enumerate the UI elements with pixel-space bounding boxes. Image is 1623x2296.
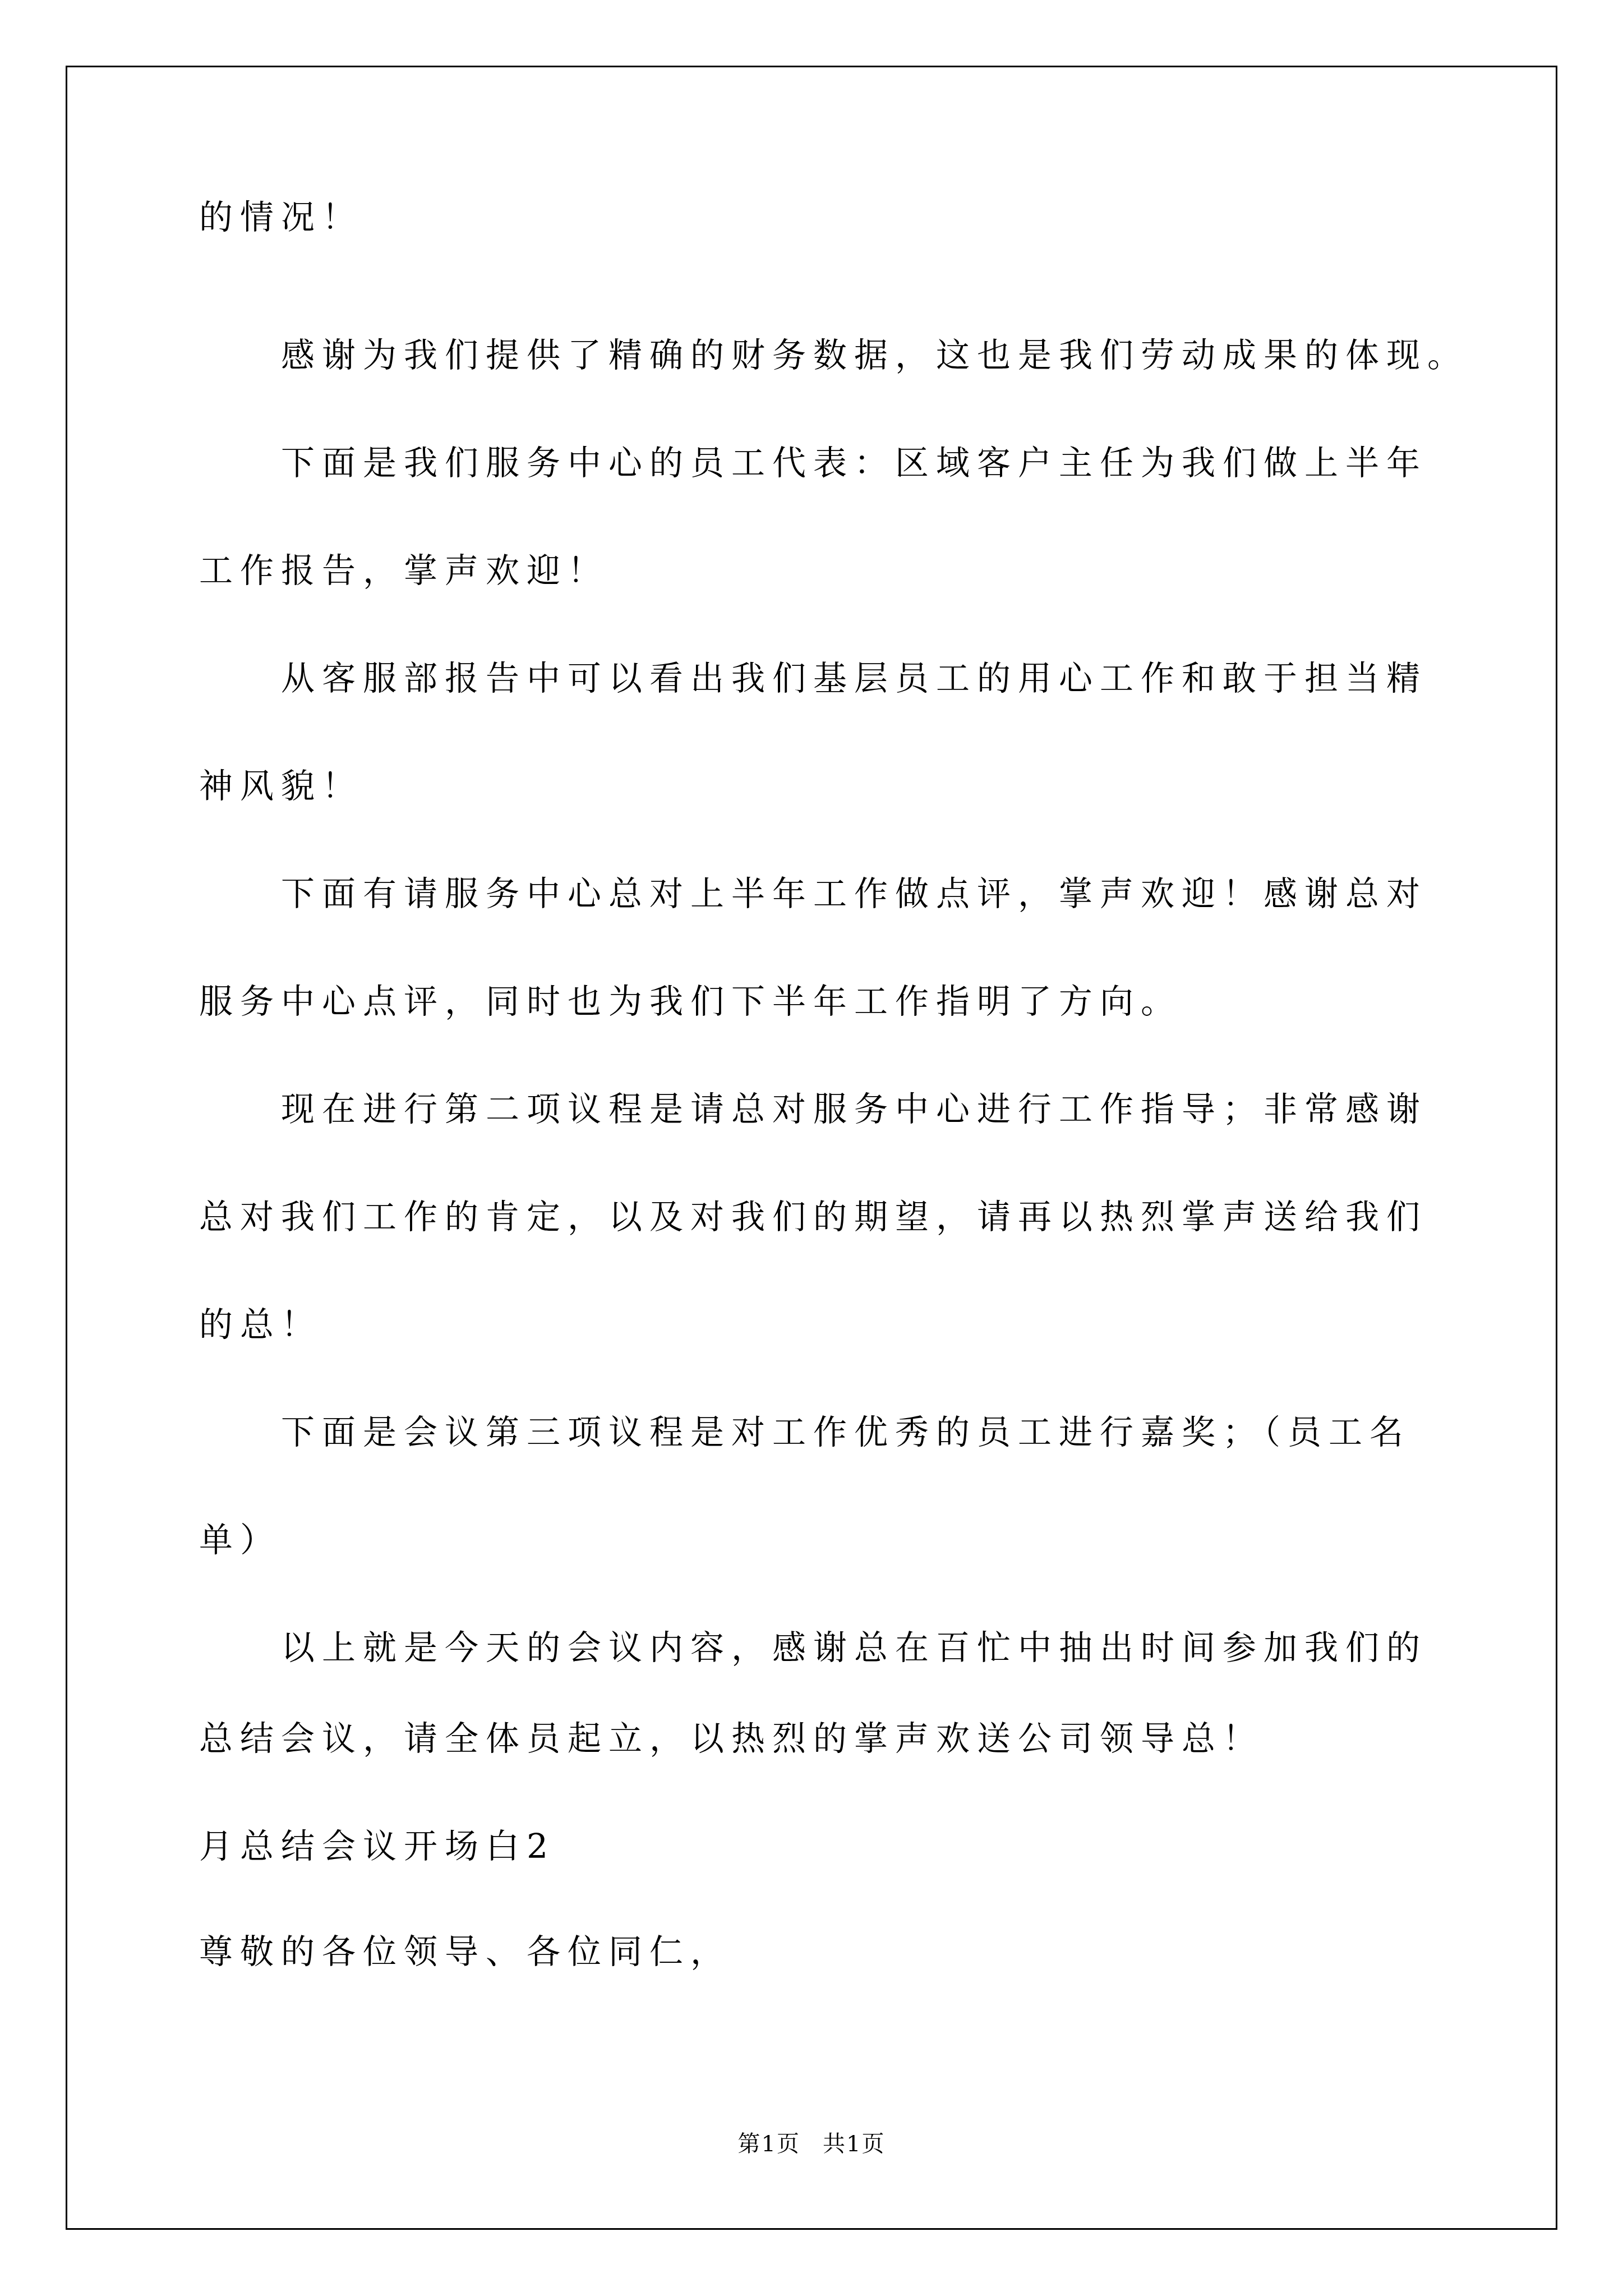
paragraph-line: 从客服部报告中可以看出我们基层员工的用心工作和敢于担当精 [281, 659, 1427, 699]
paragraph-line: 以上就是今天的会议内容，感谢总在百忙中抽出时间参加我们的 [281, 1628, 1427, 1668]
paragraph-line: 的情况！ [199, 197, 363, 238]
paragraph-line: 感谢为我们提供了精确的财务数据，这也是我们劳动成果的体现。 [281, 335, 1468, 376]
section-heading: 月总结会议开场白2 [199, 1826, 555, 1867]
paragraph-line: 的总！ [199, 1305, 322, 1345]
page-footer: 第1页共1页 [0, 2129, 1623, 2159]
salutation-line: 尊敬的各位领导、各位同仁， [199, 1932, 731, 1972]
total-pages-label: 共1页 [823, 2129, 885, 2159]
page-border [66, 66, 1557, 2230]
paragraph-line: 现在进行第二项议程是请总对服务中心进行工作指导；非常感谢 [281, 1089, 1427, 1130]
paragraph-line: 下面是我们服务中心的员工代表：区域客户主任为我们做上半年 [281, 443, 1427, 484]
paragraph-line: 神风貌！ [199, 766, 363, 807]
paragraph-line: 总结会议，请全体员起立，以热烈的掌声欢送公司领导总！ [199, 1719, 1264, 1759]
paragraph-line: 单） [199, 1520, 281, 1561]
paragraph-line: 工作报告，掌声欢迎！ [199, 551, 608, 591]
paragraph-line: 总对我们工作的肯定，以及对我们的期望，请再以热烈掌声送给我们 [199, 1197, 1427, 1237]
paragraph-line: 下面有请服务中心总对上半年工作做点评，掌声欢迎！感谢总对 [281, 874, 1427, 914]
paragraph-line: 服务中心点评，同时也为我们下半年工作指明了方向。 [199, 982, 1182, 1022]
current-page-label: 第1页 [738, 2129, 800, 2159]
paragraph-line: 下面是会议第三项议程是对工作优秀的员工进行嘉奖；（员工名 [281, 1412, 1410, 1453]
